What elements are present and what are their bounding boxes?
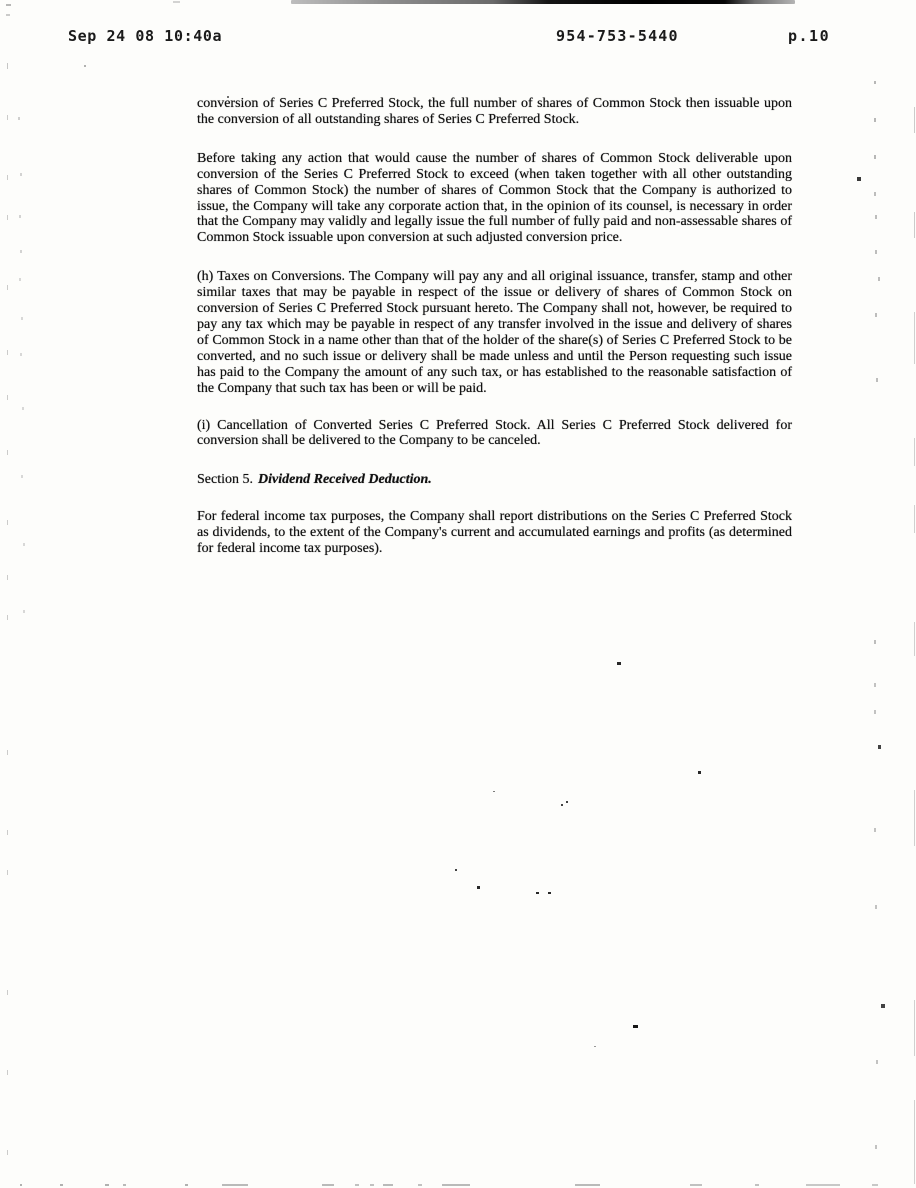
scan-speck bbox=[874, 828, 876, 832]
scan-speck bbox=[84, 65, 86, 67]
scan-speck bbox=[173, 1, 180, 3]
fax-phone-number: 954-753-5440 bbox=[556, 27, 679, 45]
scan-speck bbox=[914, 790, 915, 846]
scan-speck bbox=[455, 869, 457, 871]
scan-speck bbox=[370, 1184, 374, 1186]
section-5-heading: Section 5.Dividend Received Deduction. bbox=[197, 472, 792, 488]
scan-speck bbox=[222, 1184, 248, 1186]
scan-speck bbox=[872, 1184, 878, 1186]
fax-timestamp: Sep 24 08 10:40a bbox=[68, 27, 222, 45]
section-5-title: Dividend Received Deduction. bbox=[258, 472, 432, 487]
scan-speck bbox=[914, 212, 915, 238]
scanned-fax-page: { "fax_header": { "timestamp": "Sep 24 0… bbox=[0, 0, 916, 1188]
scan-speck bbox=[23, 543, 25, 546]
scan-speck bbox=[7, 870, 8, 875]
scan-speck bbox=[7, 175, 8, 180]
scan-speck bbox=[561, 804, 563, 806]
fax-header: Sep 24 08 10:40a 954-753-5440 p.10 bbox=[0, 27, 916, 47]
paragraph-cancellation: (i) Cancellation of Converted Series C P… bbox=[197, 418, 792, 450]
scan-speck bbox=[7, 1150, 8, 1155]
document-body: conversion of Series C Preferred Stock, … bbox=[197, 96, 792, 580]
scan-speck bbox=[690, 1184, 702, 1186]
scan-speck bbox=[105, 1184, 109, 1186]
scan-speck bbox=[875, 215, 877, 219]
scan-speck bbox=[698, 771, 701, 774]
scan-speck bbox=[876, 1060, 878, 1064]
scan-speck bbox=[878, 745, 881, 749]
scan-speck bbox=[875, 905, 877, 909]
scan-speck bbox=[617, 662, 621, 665]
scan-speck bbox=[7, 63, 8, 69]
scan-speck bbox=[7, 520, 8, 525]
scan-speck bbox=[575, 1184, 600, 1186]
scan-speck bbox=[594, 1046, 596, 1047]
scan-speck bbox=[7, 830, 8, 835]
scan-speck bbox=[123, 1184, 126, 1186]
scan-speck bbox=[23, 610, 25, 613]
scan-page-background: Sep 24 08 10:40a 954-753-5440 p.10 conve… bbox=[0, 0, 916, 1188]
scan-speck bbox=[418, 1184, 422, 1186]
scan-speck bbox=[874, 81, 876, 84]
scan-speck bbox=[7, 990, 8, 995]
scan-speck bbox=[755, 1184, 759, 1186]
scan-speck bbox=[536, 892, 539, 894]
scan-speck bbox=[874, 640, 876, 644]
scan-speck bbox=[20, 353, 22, 356]
scan-speck bbox=[185, 1184, 188, 1186]
scan-speck bbox=[7, 115, 8, 120]
scan-speck bbox=[493, 791, 495, 792]
scan-speck bbox=[227, 96, 229, 98]
scan-speck bbox=[914, 107, 915, 133]
scan-speck bbox=[355, 1184, 359, 1186]
scan-speck bbox=[806, 1184, 840, 1186]
scan-speck bbox=[60, 1184, 63, 1186]
scan-speck bbox=[874, 710, 876, 714]
scan-speck bbox=[20, 1184, 22, 1186]
scan-speck bbox=[875, 313, 877, 317]
paragraph-taxes-on-conversions: (h) Taxes on Conversions. The Company wi… bbox=[197, 269, 792, 396]
scan-speck bbox=[874, 683, 876, 687]
fax-page-number: p.10 bbox=[788, 27, 830, 45]
scan-speck bbox=[548, 892, 551, 894]
scan-speck bbox=[21, 475, 23, 478]
scan-speck bbox=[19, 215, 21, 218]
scan-speck bbox=[914, 438, 915, 466]
scan-speck bbox=[7, 615, 8, 620]
scan-speck bbox=[7, 350, 8, 355]
scan-speck bbox=[383, 1184, 393, 1186]
scan-speck bbox=[22, 407, 24, 410]
scan-speck bbox=[566, 801, 568, 803]
scan-speck bbox=[18, 117, 20, 120]
paragraph-before-taking-action: Before taking any action that would caus… bbox=[197, 151, 792, 246]
scan-speck bbox=[633, 1025, 638, 1028]
scan-speck bbox=[914, 312, 915, 364]
scan-speck bbox=[6, 4, 11, 6]
scan-speck bbox=[7, 215, 8, 220]
scan-speck bbox=[857, 177, 861, 181]
scan-speck bbox=[477, 886, 480, 889]
scan-speck bbox=[7, 395, 8, 400]
scan-speck bbox=[7, 750, 8, 755]
scan-speck bbox=[881, 1004, 885, 1008]
scan-speck bbox=[874, 192, 876, 196]
scan-speck bbox=[442, 1184, 470, 1186]
paragraph-conversion-continuation: conversion of Series C Preferred Stock, … bbox=[197, 96, 792, 128]
scan-speck bbox=[20, 173, 22, 176]
paragraph-federal-income-tax: For federal income tax purposes, the Com… bbox=[197, 509, 792, 557]
scan-speck bbox=[914, 1100, 915, 1184]
scan-speck bbox=[876, 378, 878, 382]
scan-speck bbox=[21, 317, 23, 320]
scan-speck bbox=[874, 155, 876, 159]
section-5-label: Section 5. bbox=[197, 472, 253, 487]
scan-speck bbox=[322, 1184, 334, 1186]
scan-top-bar bbox=[291, 0, 795, 4]
scan-speck bbox=[914, 1000, 915, 1056]
scan-speck bbox=[874, 118, 876, 122]
scan-speck bbox=[7, 450, 8, 455]
scan-speck bbox=[878, 277, 880, 281]
scan-speck bbox=[6, 14, 10, 16]
scan-speck bbox=[20, 250, 22, 253]
scan-speck bbox=[875, 250, 877, 254]
scan-speck bbox=[7, 1070, 8, 1075]
scan-speck bbox=[19, 278, 21, 281]
scan-speck bbox=[875, 1145, 877, 1149]
scan-speck bbox=[7, 575, 8, 580]
scan-speck bbox=[7, 285, 8, 290]
scan-speck bbox=[914, 505, 915, 533]
scan-speck bbox=[914, 622, 915, 656]
